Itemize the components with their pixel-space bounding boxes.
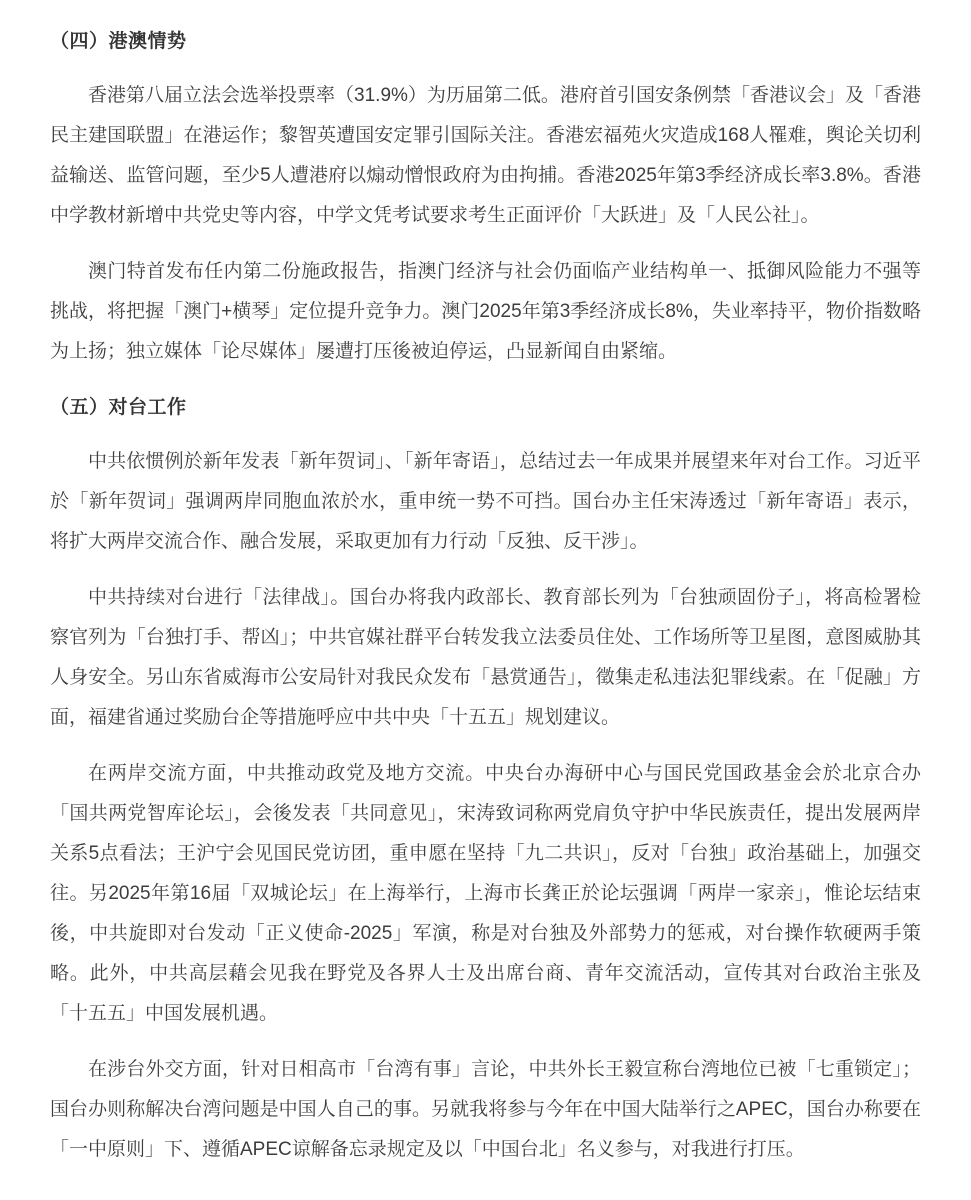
- paragraph-new-year-messages: 中共依惯例於新年发表「新年贺词」、「新年寄语」，总结过去一年成果并展望来年对台工…: [50, 442, 921, 562]
- section-heading-taiwan-work: （五）对台工作: [50, 388, 921, 428]
- report-page: （四）港澳情势 香港第八届立法会选举投票率（31.9%）为历届第二低。港府首引国…: [0, 0, 971, 1200]
- paragraph-taiwan-diplomacy: 在涉台外交方面，针对日相高市「台湾有事」言论，中共外长王毅宣称台湾地位已被「七重…: [50, 1050, 921, 1170]
- section-heading-hongkong-macau: （四）港澳情势: [50, 22, 921, 62]
- paragraph-macau-situation: 澳门特首发布任内第二份施政报告，指澳门经济与社会仍面临产业结构单一、抵御风险能力…: [50, 252, 921, 372]
- paragraph-cross-strait-exchanges: 在两岸交流方面，中共推动政党及地方交流。中央台办海研中心与国民党国政基金会於北京…: [50, 754, 921, 1034]
- paragraph-lawfare: 中共持续对台进行「法律战」。国台办将我内政部长、教育部长列为「台独顽固份子」，将…: [50, 578, 921, 738]
- paragraph-hongkong-situation: 香港第八届立法会选举投票率（31.9%）为历届第二低。港府首引国安条例禁「香港议…: [50, 76, 921, 236]
